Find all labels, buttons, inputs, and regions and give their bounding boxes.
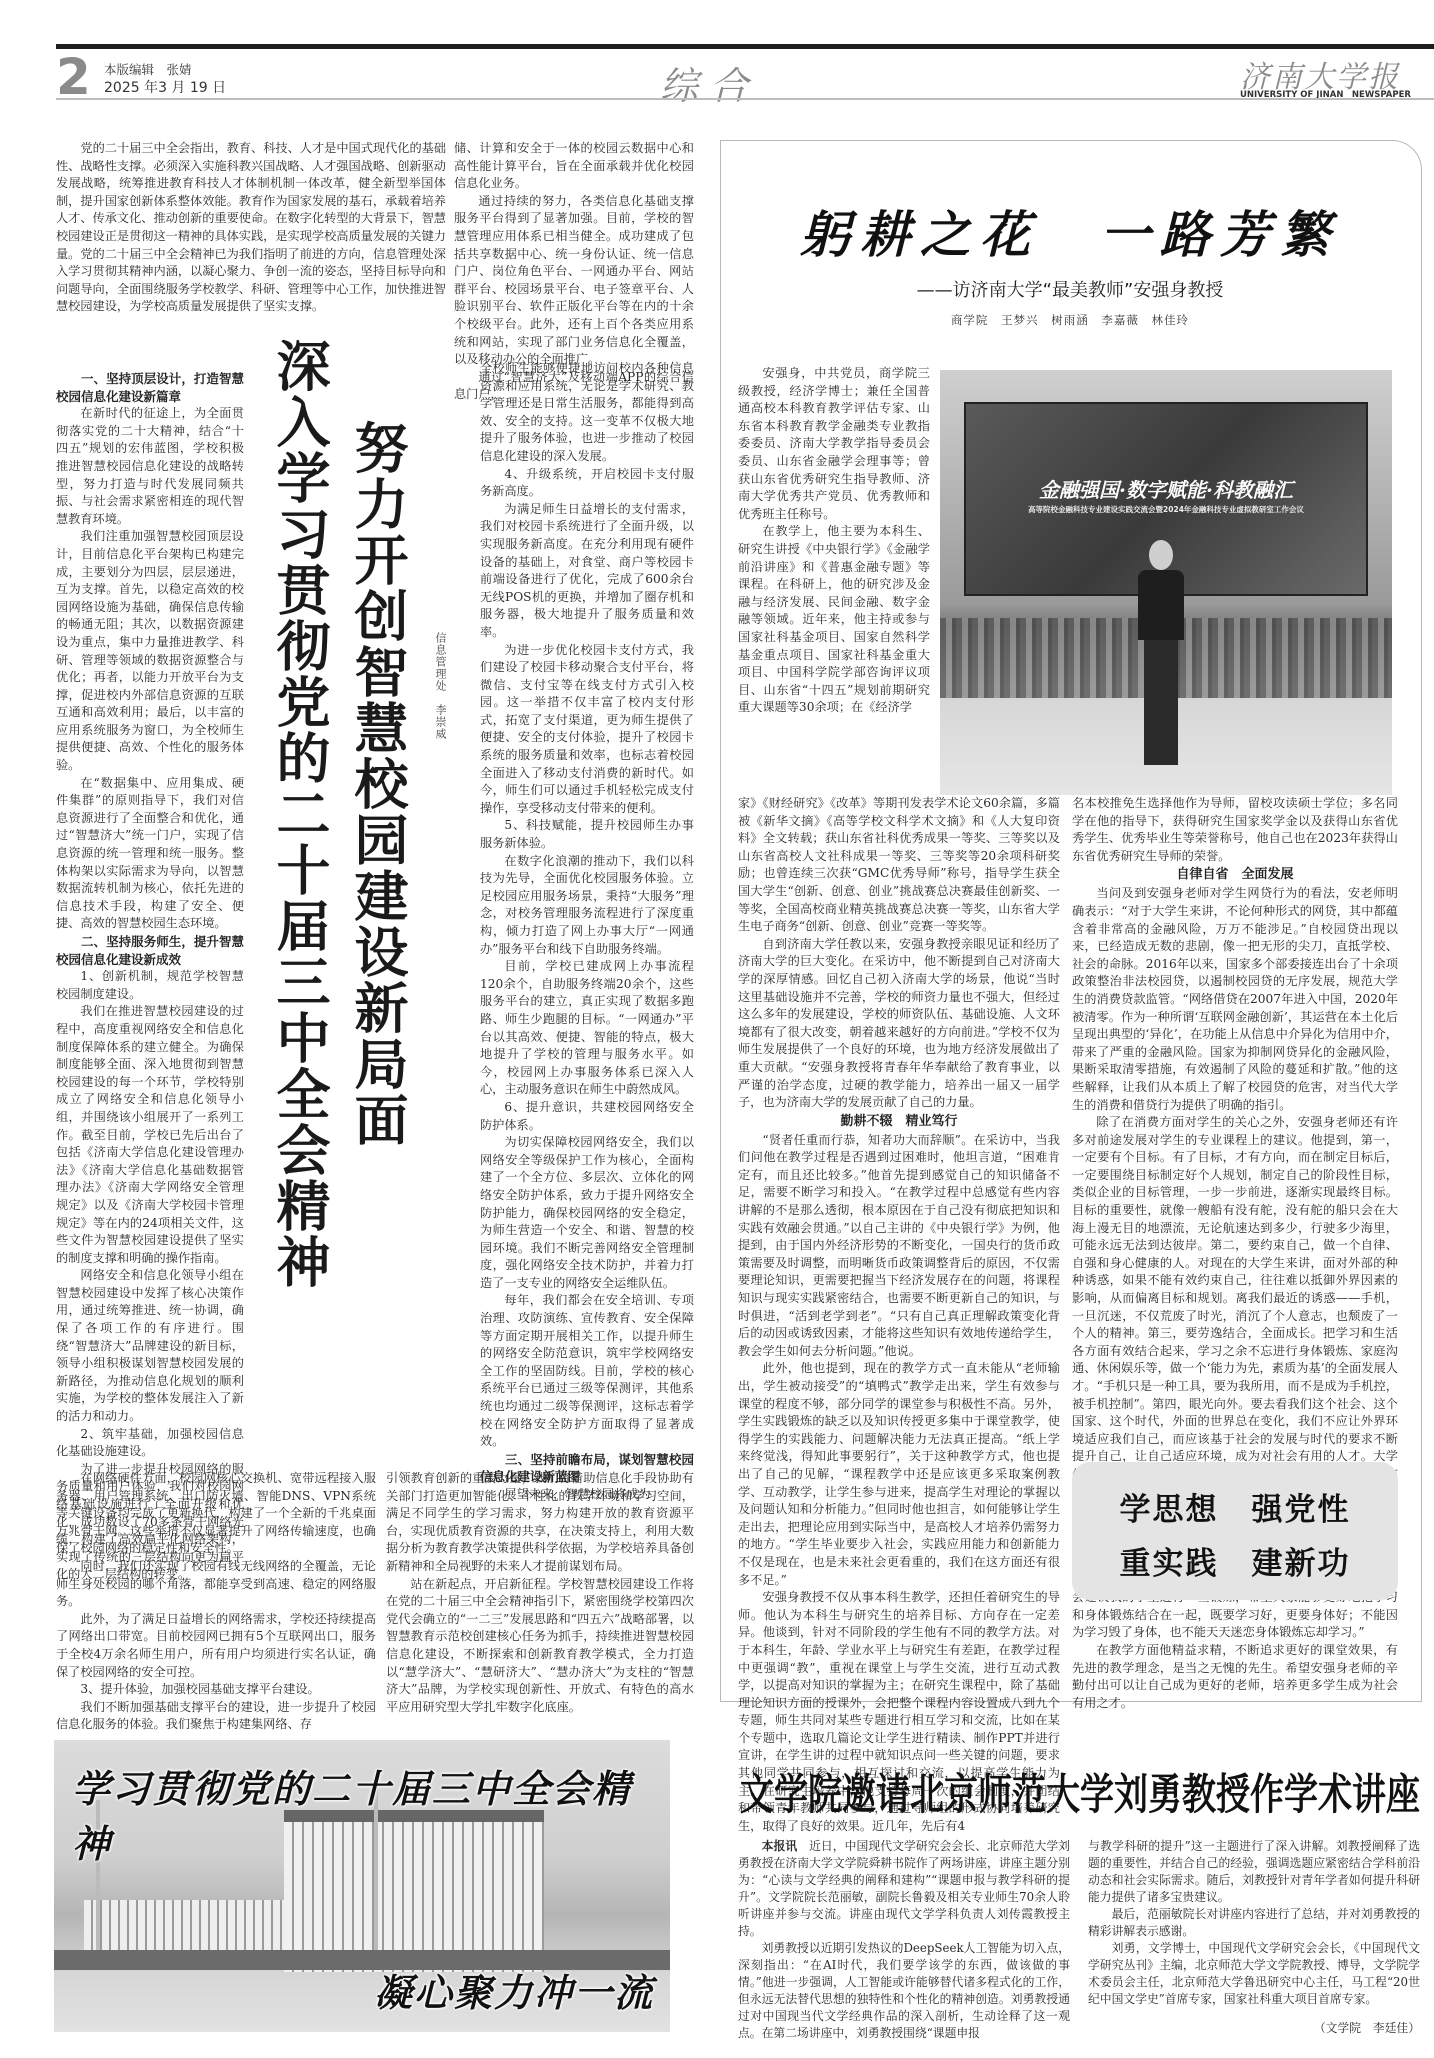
feature-subtitle: ——访济南大学“最美教师”安强身教授 [760,276,1380,302]
feature-subheading-1: 勤耕不辍 精业笃行 [738,1112,1060,1132]
paragraph: 家》《财经研究》《改革》等期刊发表学术论文60余篇，多篇被《新华文摘》《高等学校… [738,795,1060,936]
section-heading-1: 一、坚持顶层设计，打造智慧校园信息化建设新篇章 [56,370,244,405]
lecture-column-2: 与教学科研的提升”这一主题进行了深入讲解。刘教授阐释了选题的重要性，并结合自己的… [1088,1838,1420,2037]
masthead-bottom-rule [56,98,1434,100]
paragraph: 网络安全和信息化领导小组在智慧校园建设中发挥了核心决策作用，通过统筹推进、统一协… [56,1267,244,1425]
paragraph: 2、筑牢基础，加强校园信息化基础设施建设。 [56,1426,244,1461]
paragraph: 同时，我们还实现了校园有线无线网络的全覆盖，无论师生身处校园的哪个角落，都能享受… [56,1558,376,1611]
paragraph: 安强身，中共党员，商学院三级教授，经济学博士；兼任全国普通高校本科教育教学评估专… [738,365,930,523]
slogan-line-2: 重实践 建新功 [1072,1538,1398,1583]
paragraph-text: 近日，中国现代文学研究会会长、北京师范大学刘勇教授在济南大学文学院舜耕书院作了两… [738,1839,1070,1938]
headline-main: 深入学习贯彻党的二十届三中全会精神 [262,338,339,1290]
paragraph: 1、创新机制，规范学校智慧校园制度建设。 [56,968,244,1003]
article1-column-1-wide: 在网络硬件方面，校园网核心交换机、宽带远程接入服务器、用户管理系统、出口防火墙、… [56,1470,376,1734]
paragraph: 此外，为了满足日益增长的网络需求，学校还持续提高了网络出口带宽。目前校园网已拥有… [56,1611,376,1681]
feature-subheading-2: 自律自省 全面发展 [1072,865,1398,885]
paragraph: 引领教育创新的重要力量，我们将借助信息化手段协助有关部门打造更加智能化、个性化的… [386,1470,694,1576]
paragraph: 为满足师生日益增长的支付需求，我们对校园卡系统进行了全面升级，以实现服务新高度。… [480,501,694,642]
paragraph: 在网络硬件方面，校园网核心交换机、宽带远程接入服务器、用户管理系统、出口防火墙、… [56,1470,376,1558]
paragraph: 党的二十届三中全会指出，教育、科技、人才是中国式现代化的基础性、战略性支撑。必须… [56,140,446,316]
paragraph: 我们在推进智慧校园建设的过程中，高度重视网络安全和信息化制度保障体系的建立健全。… [56,1003,244,1267]
feature-authors: 商学院 王梦兴 树雨涵 李嘉薇 林佳玲 [760,312,1380,328]
paragraph: 每年，我们都会在安全培训、专项治理、攻防演练、宣传教育、安全保障等方面定期开展相… [480,1292,694,1450]
article1-column-1-narrow: 一、坚持顶层设计，打造智慧校园信息化建设新篇章 在新时代的征途上，为全面贯彻落实… [56,370,244,1584]
slogan-line-1: 学思想 强党性 [1072,1484,1398,1529]
paragraph: 3、提升体验，加强校园基础支撑平台建设。 [56,1681,376,1699]
paragraph: 4、升级系统，开启校园卡支付服务新高度。 [480,466,694,501]
headline-secondary: 努力开创智慧校园建设新局面 [340,420,417,1148]
paragraph: 在“数据集中、应用集成、硬件集群”的原则指导下，我们对信息资源进行了全面整合和优… [56,775,244,933]
paragraph: 除了在消费方面对学生的关心之外，安强身老师还有许多对前途发展对学生的专业课程上的… [1072,1114,1398,1519]
article1-column-2: 全校师生能够便捷地访问校内各种信息资源和应用系统，无论是学术研究、教学管理还是日… [480,360,694,1504]
article1-column-1: 党的二十届三中全会指出，教育、科技、人才是中国式现代化的基础性、战略性支撑。必须… [56,140,446,316]
screen-title: 金融强国·数字赋能·科教融汇 [966,474,1366,503]
screen-subtitle: 高等院校金融科技专业建设实践交流会暨2024年金融科技专业虚拟教研室工作会议 [966,504,1366,515]
paragraph: 当问及到安强身老师对学生网贷行为的看法，安老师明确表示：“对于大学生来讲，不论何… [1072,885,1398,1114]
paragraph: 站在新起点，开启新征程。学校智慧校园建设工作将在党的二十届三中全会精神指引下，紧… [386,1576,694,1717]
feature-photo: 金融强国·数字赋能·科教融汇 高等院校金融科技专业建设实践交流会暨2024年金融… [940,370,1392,795]
paragraph: 全校师生能够便捷地访问校内各种信息资源和应用系统，无论是学术研究、教学管理还是日… [480,360,694,466]
section-heading-2: 二、坚持服务师生，提升智慧校园信息化建设新成效 [56,933,244,968]
section-title: 综合 [660,55,760,110]
page-editor: 本版编辑 张婧 [104,60,192,78]
professor-figure [1136,540,1186,770]
paragraph: 我们不断加强基础支撑平台的建设，进一步提升了校园信息化服务的体验。我们聚焦于构建… [56,1699,376,1734]
article1-byline: 信息管理处 李崇威 [432,632,448,740]
news-lead-tag: 本报讯 [762,1839,798,1853]
paragraph: 储、计算和安全于一体的校园云数据中心和高性能计算平台，旨在全面承载并优化校园信息… [454,140,694,193]
paragraph: 5、科技赋能，提升校园师生办事服务新体验。 [480,817,694,852]
slogan-box: 学思想 强党性 重实践 建新功 [1072,1462,1398,1600]
paragraph: 通过持续的努力，各类信息化基础支撑服务平台得到了显著加强。目前，学校的智慧管理应… [454,193,694,369]
paragraph: 在教学上，他主要为本科生、研究生讲授《中央银行学》《金融学前沿讲座》和《普惠金融… [738,523,930,717]
feature-column-narrow: 安强身，中共党员，商学院三级教授，经济学博士；兼任全国普通高校本科教育教学评估专… [738,365,930,717]
paragraph: 在教学方面他精益求精，不断追求更好的课堂效果，有先进的教学理念，是当之无愧的先生… [1072,1642,1398,1712]
paragraph: 我们注重加强智慧校园顶层设计，目前信息化平台架构已构建完成，主要划分为四层，层层… [56,528,244,774]
lecture-byline: （文学院 李廷佳） [1088,2020,1420,2037]
paragraph: 为切实保障校园网络安全，我们以网络安全等级保护工作为核心，全面构建了一个全方位、… [480,1134,694,1292]
paragraph: 目前，学校已建成网上办事流程120余个，自助服务终端20余个，这些服务平台的建立… [480,958,694,1099]
article1-column-2-wide: 引领教育创新的重要力量，我们将借助信息化手段协助有关部门打造更加智能化、个性化的… [386,1470,694,1716]
banner-slogan-2: 凝心聚力冲一流 [374,1962,654,2017]
paragraph: 自到济南大学任教以来，安强身教授亲眼见证和经历了济南大学的巨大变化。在采访中，他… [738,936,1060,1112]
lecture-headline: 文学院邀请北京师范大学刘勇教授作学术讲座 [735,1760,1425,1821]
paragraph: 在数字化浪潮的推动下，我们以科技为先导，全面优化校园服务体验。立足校园应用服务场… [480,853,694,959]
paragraph: 与教学科研的提升”这一主题进行了深入讲解。刘教授阐释了选题的重要性，并结合自己的… [1088,1838,1420,1906]
paragraph: 名本校推免生选择他作为导师，留校攻读硕士学位；多名同学在他的指导下，获得研究生国… [1072,795,1398,865]
masthead-top-rule [56,44,1434,49]
page-number: 2 [56,52,91,102]
banner-slogan-1: 学习贯彻党的二十届三中全会精神 [72,1758,670,1868]
issue-date: 2025 年3 月 19 日 [104,77,226,97]
paragraph: 本报讯 近日，中国现代文学研究会会长、北京师范大学刘勇教授在济南大学文学院舜耕书… [738,1838,1070,1940]
paragraph: 6、提升意识，共建校园网络安全防护体系。 [480,1099,694,1134]
paragraph: 刘勇，文学博士，中国现代文学研究会会长，《中国现代文学研究丛刊》主编，北京师范大… [1088,1940,1420,2008]
feature-column-left: 家》《财经研究》《改革》等期刊发表学术论文60余篇，多篇被《新华文摘》《高等学校… [738,795,1060,1835]
paragraph: 在新时代的征途上，为全面贯彻落实党的二十大精神，结合“十四五”规划的宏伟蓝图，学… [56,405,244,528]
paragraph: 刘勇教授以近期引发热议的DeepSeek人工智能为切入点，深刻指出：“在AI时代… [738,1940,1070,2042]
lecture-column-1: 本报讯 近日，中国现代文学研究会会长、北京师范大学刘勇教授在济南大学文学院舜耕书… [738,1838,1070,2042]
paragraph: 此外，他也提到，现在的教学方式一直未能从“老师输出，学生被动接受”的“填鸭式”教… [738,1360,1060,1589]
paragraph: 最后，范丽敏院长对讲座内容进行了总结，并对刘勇教授的精彩讲解表示感谢。 [1088,1906,1420,1940]
campus-banner-image: 学习贯彻党的二十届三中全会精神 凝心聚力冲一流 [54,1740,670,2032]
paragraph: “贤者任重而行恭，知者功大而辞顺”。在采访中，当我们问他在教学过程是否遇到过困难… [738,1132,1060,1361]
paragraph: 为进一步优化校园卡支付方式，我们建设了校园卡移动聚合支付平台，将微信、支付宝等在… [480,642,694,818]
feature-title: 躬耕之花 一路芳繁 [760,195,1380,267]
